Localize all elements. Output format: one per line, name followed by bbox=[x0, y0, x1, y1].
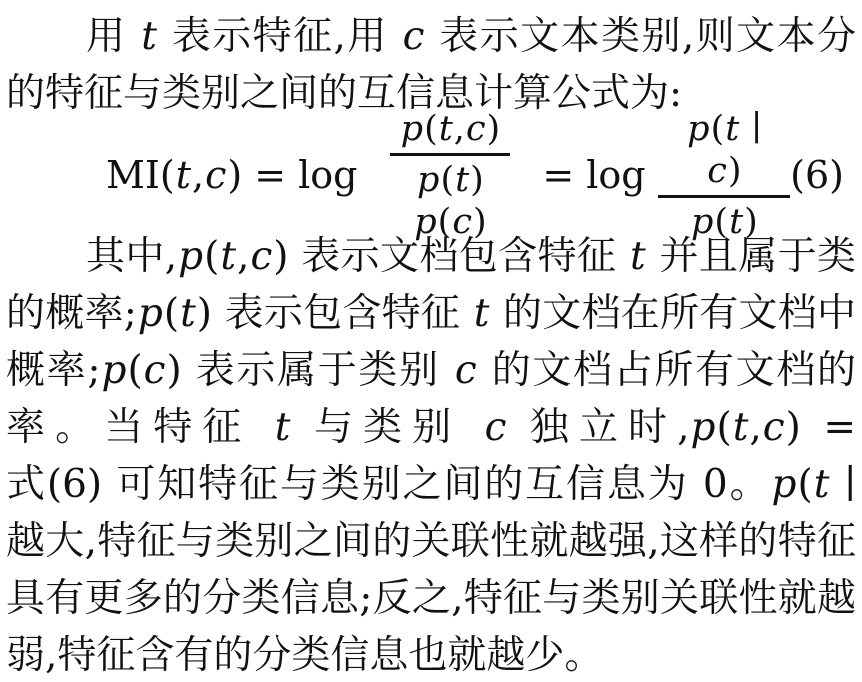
text-line: 具有更多的分类信息;反之,特征与类别关联性就越 bbox=[6, 570, 856, 627]
text-line: 式(6) 可知特征与类别之间的互信息为 0。p(t ∣ c) 值 bbox=[6, 456, 856, 513]
fraction-numerator: p(t,c) bbox=[390, 108, 511, 156]
equation-number: (6) bbox=[790, 153, 844, 197]
equation-lhs: MI(t,c) bbox=[106, 153, 242, 197]
text-line: 弱,特征含有的分类信息也就越少。 bbox=[6, 627, 856, 682]
document-page: 用 t 表示特征,用 c 表示文本类别,则文本分类中 的特征与类别之间的互信息计… bbox=[0, 0, 862, 682]
paragraph-intro: 用 t 表示特征,用 c 表示文本类别,则文本分类中 的特征与类别之间的互信息计… bbox=[6, 8, 856, 122]
text-line: 概率;p(c) 表示属于类别 c 的文档占所有文档的概 bbox=[6, 342, 856, 399]
text-line: 率。当特征 t 与类别 c 独立时,p(t,c) = p(t)p(c) ,由 bbox=[6, 399, 856, 456]
fraction-numerator: p(t ∣ c) bbox=[658, 108, 791, 198]
fraction-joint: p(t,c) p(t) p(c) bbox=[369, 108, 530, 243]
equals-sign: = bbox=[254, 153, 286, 197]
equation-block: MI(t,c) = log p(t,c) p(t) p(c) = log p(t… bbox=[6, 122, 856, 228]
text-line: 用 t 表示特征,用 c 表示文本类别,则文本分类中 bbox=[6, 8, 856, 65]
equals-sign: = bbox=[542, 153, 574, 197]
paragraph-explanation: 其中,p(t,c) 表示文档包含特征 t 并且属于类别 c 的概率;p(t) 表… bbox=[6, 228, 856, 682]
log-operator: log bbox=[586, 153, 645, 197]
text-line: 的概率;p(t) 表示包含特征 t 的文档在所有文档中的 bbox=[6, 285, 856, 342]
text-line: 其中,p(t,c) 表示文档包含特征 t 并且属于类别 c bbox=[6, 228, 856, 285]
log-operator: log bbox=[298, 153, 357, 197]
text-line: 越大,特征与类别之间的关联性就越强,这样的特征就 bbox=[6, 513, 856, 570]
equation-body: MI(t,c) = log p(t,c) p(t) p(c) = log p(t… bbox=[106, 108, 790, 243]
fraction-conditional: p(t ∣ c) p(t) bbox=[658, 108, 791, 243]
